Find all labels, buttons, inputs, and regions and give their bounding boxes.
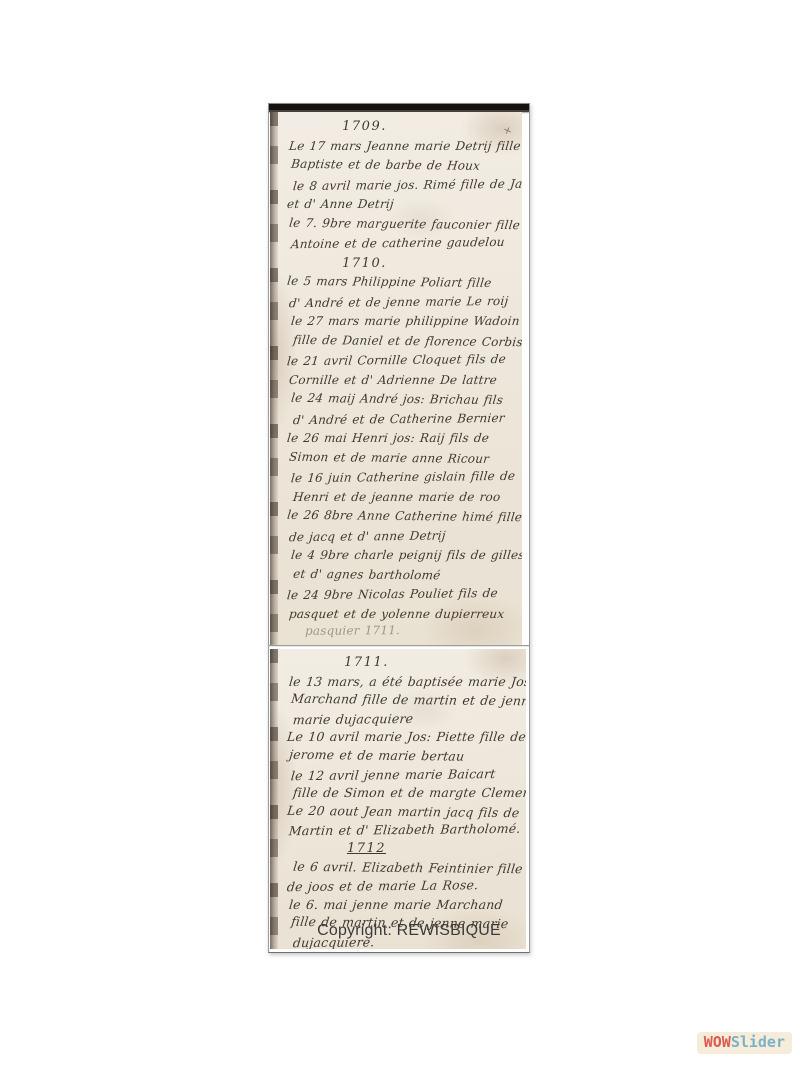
manuscript-line: Le 17 mars Jeanne marie Detrij fille de	[288, 137, 519, 157]
year-heading: 1709.	[270, 117, 480, 137]
manuscript-line: le 6. mai jenne marie Marchand	[288, 896, 523, 915]
manuscript-line: le 21 avril Cornille Cloquet fils de	[286, 350, 519, 372]
register-page-1711-1712: 1711.le 13 mars, a été baptisée marie Jo…	[270, 649, 526, 949]
manuscript-line: le 7. 9bre marguerite fauconier fille de	[288, 213, 519, 235]
manuscript-line: le 5 mars Philippine Poliart fille	[286, 272, 519, 294]
manuscript-line: de joos et de marie La Rose.	[286, 876, 523, 897]
manuscript-line: le 26 mai Henri jos: Raij fils de	[286, 429, 519, 449]
year-heading: 1711.	[270, 654, 484, 673]
document-scan[interactable]: + 1709.Le 17 mars Jeanne marie Detrij fi…	[268, 103, 530, 953]
manuscript-line: le 27 mars marie philippine Wadoin	[290, 312, 519, 332]
year-heading: 1712	[270, 840, 484, 859]
scan-top-edge	[269, 104, 529, 112]
wowslider-slider-label: Slider	[731, 1033, 785, 1051]
manuscript-line: le 24 9bre Nicolas Pouliet fils de	[286, 584, 519, 606]
wowslider-wow-label: WOW	[704, 1033, 731, 1051]
manuscript-ghost-line: pasquier 1711.	[305, 620, 522, 641]
manuscript-line: Marchand fille de martin et de jenne	[290, 690, 523, 711]
manuscript-line: le 24 maij André jos: Brichau fils	[290, 389, 519, 411]
manuscript-line: Martin et d' Elizabeth Bartholomé.	[288, 820, 523, 841]
manuscript-line: Henri et de jeanne marie de roo	[292, 488, 519, 508]
manuscript-line: de jacq et d' anne Detrij	[288, 525, 519, 547]
manuscript-lines-part1: 1709.Le 17 mars Jeanne marie Detrij fill…	[270, 112, 522, 641]
manuscript-line: marie dujacquiere	[292, 709, 523, 730]
manuscript-line: fille de Simon et de margte Clement	[292, 784, 523, 803]
manuscript-line: Baptiste et de barbe de Houx	[290, 155, 519, 177]
manuscript-line: le 16 juin Catherine gislain fille de	[290, 467, 519, 489]
manuscript-line: le 4 9bre charle peignij fils de gilles	[290, 546, 519, 566]
manuscript-line: Antoine et de catherine gaudelou	[290, 233, 519, 255]
year-heading: 1710.	[270, 254, 480, 274]
manuscript-line: et d' agnes bartholomé	[292, 564, 519, 586]
wowslider-watermark[interactable]: WOWSlider	[697, 1032, 792, 1054]
manuscript-line: et d' Anne Detrij	[286, 195, 519, 215]
manuscript-line: d' André et de jenne marie Le roij	[288, 291, 519, 313]
manuscript-line: le 8 avril marie jos. Rimé fille de Jacq	[292, 174, 519, 196]
manuscript-line: le 26 8bre Anne Catherine himé fille	[286, 506, 519, 528]
manuscript-line: Le 10 avril marie Jos: Piette fille de	[286, 728, 523, 747]
manuscript-lines-part2: 1711.le 13 mars, a été baptisée marie Jo…	[270, 649, 526, 949]
manuscript-line: Cornille et d' Adrienne De lattre	[288, 371, 519, 391]
manuscript-line: fille de Daniel et de florence Corbisier	[292, 330, 519, 352]
manuscript-line: jerome et de marie bertau	[288, 746, 523, 767]
manuscript-line: le 13 mars, a été baptisée marie Jos:	[288, 673, 523, 692]
manuscript-line: Simon et de marie anne Ricour	[288, 447, 519, 469]
register-page-1709-1710: + 1709.Le 17 mars Jeanne marie Detrij fi…	[270, 112, 522, 645]
manuscript-line: d' André et de Catherine Bernier	[292, 408, 519, 430]
copyright-overlay: Copyright: REWISBIQUE	[289, 922, 529, 940]
manuscript-line: le 12 avril jenne marie Baicart	[290, 764, 523, 785]
